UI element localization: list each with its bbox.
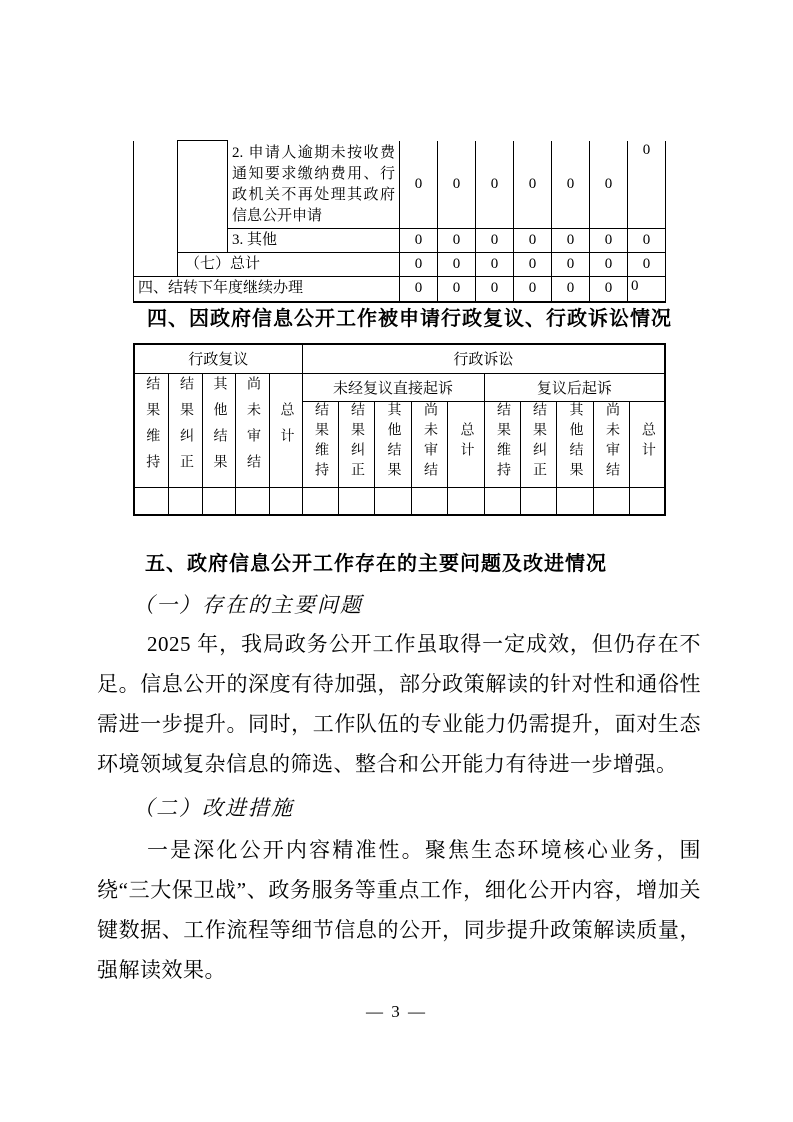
value-cell: 0 <box>552 252 590 276</box>
column-header-label: 结果纠正 <box>349 402 363 482</box>
empty-value-cell <box>556 487 593 515</box>
value-cell: 0 <box>476 228 514 252</box>
column-header-label: 结果纠正 <box>178 376 192 480</box>
table-row: （七）总计 0 0 0 0 0 0 0 <box>134 252 666 276</box>
table-row: 四、结转下年度继续办理 0 0 0 0 0 0 0 <box>134 276 666 302</box>
column-header: 其他结果 <box>374 401 411 487</box>
empty-value-cell <box>168 487 202 515</box>
value-cell: 0 <box>438 276 476 302</box>
section5-paragraph-2: 一是深化公开内容精准性。聚焦生态环境核心业务，围绕“三大保卫战”、政务服务等重点… <box>97 830 701 990</box>
column-header-label: 尚未审结 <box>604 402 618 482</box>
row-label: 3. 其他 <box>228 228 400 252</box>
value-cell: 0 <box>476 141 514 229</box>
section5-title: 五、政府信息公开工作存在的主要问题及改进情况 <box>97 547 737 576</box>
column-header-label: 尚未审结 <box>245 376 259 480</box>
empty-value-cell <box>484 487 520 515</box>
column-header: 尚未审结 <box>593 401 629 487</box>
value-cell: 0 <box>628 276 666 302</box>
value-cell: 0 <box>514 141 552 229</box>
page-number: — 3 — <box>0 1002 793 1022</box>
column-header-label: 结果维持 <box>144 376 158 480</box>
empty-value-cell <box>411 487 447 515</box>
column-header-label: 结果维持 <box>313 402 327 482</box>
value-cell: 0 <box>590 276 628 302</box>
row-label: 2. 申请人逾期未按收费通知要求缴纳费用、行政机关不再处理其政府信息公开申请 <box>228 141 400 229</box>
column-header: 尚未审结 <box>235 373 269 487</box>
empty-value-cell <box>374 487 411 515</box>
column-header: 其他结果 <box>556 401 593 487</box>
empty-value-cell <box>447 487 484 515</box>
section5-subheading-2: （二）改进措施 <box>97 792 697 822</box>
value-cell: 0 <box>438 228 476 252</box>
column-header: 结果维持 <box>484 401 520 487</box>
table-data-row <box>134 487 665 515</box>
value-cell: 0 <box>438 252 476 276</box>
column-header: 结果纠正 <box>520 401 556 487</box>
review-group-header: 行政复议 <box>134 344 302 373</box>
column-header-label: 尚未审结 <box>422 402 436 482</box>
continued-empty-cell <box>178 141 228 253</box>
litigation-sub-header: 复议后起诉 <box>484 373 665 401</box>
row-label: 四、结转下年度继续办理 <box>134 276 400 302</box>
column-header-label: 总计 <box>640 422 654 462</box>
empty-value-cell <box>520 487 556 515</box>
column-header: 尚未审结 <box>411 401 447 487</box>
column-header-label: 其他结果 <box>568 402 582 482</box>
empty-value-cell <box>338 487 374 515</box>
section5-subheading-1: （一）存在的主要问题 <box>97 589 697 619</box>
value-cell: 0 <box>400 276 438 302</box>
row-label: （七）总计 <box>178 252 400 276</box>
column-header: 结果纠正 <box>168 373 202 487</box>
value-cell: 0 <box>476 252 514 276</box>
value-cell: 0 <box>590 252 628 276</box>
value-cell: 0 <box>514 276 552 302</box>
value-cell: 0 <box>590 141 628 229</box>
continued-empty-cell <box>134 141 178 277</box>
column-header: 结果纠正 <box>338 401 374 487</box>
litigation-group-header: 行政诉讼 <box>302 344 665 373</box>
value-cell: 0 <box>552 141 590 229</box>
column-header-label: 其他结果 <box>212 376 226 480</box>
review-litigation-table: 行政复议 行政诉讼 结果维持 结果纠正 其他结果 尚未审结 总计 未经复议直接起… <box>133 343 666 516</box>
value-cell: 0 <box>552 276 590 302</box>
empty-value-cell <box>134 487 168 515</box>
column-header: 结果维持 <box>134 373 168 487</box>
column-header: 其他结果 <box>202 373 235 487</box>
table-header-row: 行政复议 行政诉讼 <box>134 344 665 373</box>
empty-value-cell <box>302 487 338 515</box>
value-cell: 0 <box>400 141 438 229</box>
column-header-label: 总计 <box>279 402 293 454</box>
empty-value-cell <box>629 487 665 515</box>
litigation-sub-header: 未经复议直接起诉 <box>302 373 484 401</box>
column-header-label: 结果维持 <box>495 402 509 482</box>
value-cell: 0 <box>514 252 552 276</box>
column-header-label: 总计 <box>459 422 473 462</box>
section5-paragraph-1: 2025 年，我局政务公开工作虽取得一定成效，但仍存在不足。信息公开的深度有待加… <box>97 624 701 784</box>
value-cell: 0 <box>628 141 666 229</box>
empty-value-cell <box>202 487 235 515</box>
empty-value-cell <box>593 487 629 515</box>
empty-value-cell <box>269 487 302 515</box>
value-cell: 0 <box>552 228 590 252</box>
column-header: 总计 <box>269 373 302 487</box>
empty-value-cell <box>235 487 269 515</box>
table-row: 2. 申请人逾期未按收费通知要求缴纳费用、行政机关不再处理其政府信息公开申请 0… <box>134 141 666 229</box>
table-header-row: 结果维持 结果纠正 其他结果 尚未审结 总计 未经复议直接起诉 复议后起诉 <box>134 373 665 401</box>
column-header-label: 其他结果 <box>386 402 400 482</box>
section4-title: 四、因政府信息公开工作被申请行政复议、行政诉讼情况 <box>97 302 737 331</box>
value-cell: 0 <box>476 276 514 302</box>
document-page: 2. 申请人逾期未按收费通知要求缴纳费用、行政机关不再处理其政府信息公开申请 0… <box>0 0 793 1122</box>
value-cell: 0 <box>514 228 552 252</box>
value-cell: 0 <box>628 228 666 252</box>
value-cell: 0 <box>590 228 628 252</box>
value-cell: 0 <box>400 252 438 276</box>
carryover-table: 2. 申请人逾期未按收费通知要求缴纳费用、行政机关不再处理其政府信息公开申请 0… <box>133 140 666 303</box>
column-header-label: 结果纠正 <box>531 402 545 482</box>
column-header: 结果维持 <box>302 401 338 487</box>
value-cell: 0 <box>628 252 666 276</box>
value-cell: 0 <box>438 141 476 229</box>
column-header: 总计 <box>629 401 665 487</box>
value-cell: 0 <box>400 228 438 252</box>
column-header: 总计 <box>447 401 484 487</box>
